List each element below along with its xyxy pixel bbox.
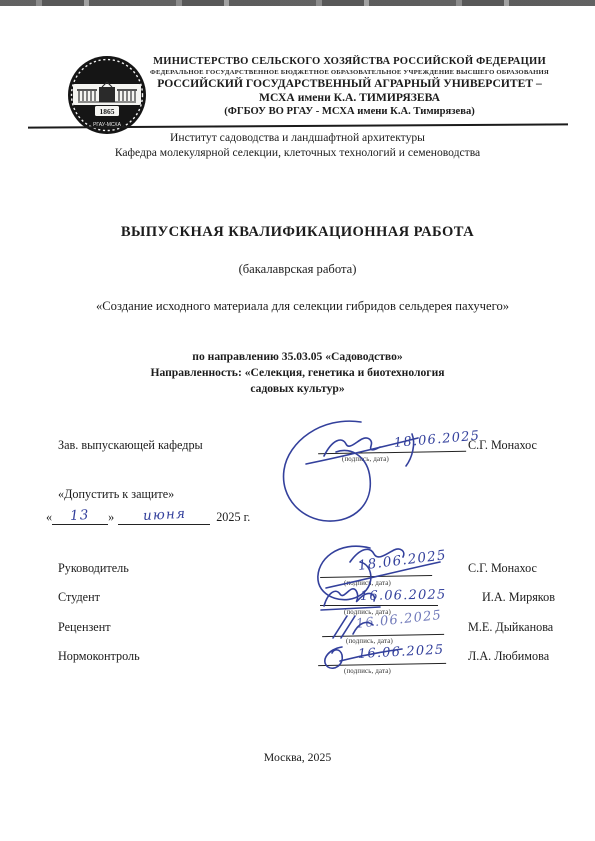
norm-control-signature-ink bbox=[316, 641, 406, 673]
student-name: И.А. Миряков bbox=[482, 590, 555, 605]
reviewer-label: Рецензент bbox=[58, 620, 111, 635]
supervisor-name: С.Г. Монахос bbox=[468, 561, 537, 576]
head-name: С.Г. Монахос bbox=[468, 438, 537, 453]
thesis-title: «Создание исходного материала для селекц… bbox=[70, 296, 535, 316]
program-line: по направлению 35.03.05 «Садоводство» bbox=[0, 349, 595, 365]
university-name-line1: РОССИЙСКИЙ ГОСУДАРСТВЕННЫЙ АГРАРНЫЙ УНИВ… bbox=[142, 77, 557, 91]
defense-date-line: « 13 » июня 2025 г. bbox=[46, 508, 250, 525]
university-abbr-line: (ФГБОУ ВО РГАУ - МСХА имени К.А. Тимиряз… bbox=[142, 105, 557, 119]
head-signature-ink bbox=[276, 412, 426, 528]
institute-line: Институт садоводства и ландшафтной архит… bbox=[0, 130, 595, 145]
ministry-line: МИНИСТЕРСТВО СЕЛЬСКОГО ХОЗЯЙСТВА РОССИЙС… bbox=[142, 55, 557, 68]
institution-type-line: ФЕДЕРАЛЬНОЕ ГОСУДАРСТВЕННОЕ БЮДЖЕТНОЕ ОБ… bbox=[142, 68, 557, 77]
city-year-line: Москва, 2025 bbox=[0, 750, 595, 765]
date-month-blank: июня bbox=[118, 508, 210, 525]
emblem-year-label: 1865 bbox=[100, 107, 115, 116]
reviewer-signature-ink bbox=[323, 612, 388, 642]
date-year-label: 2025 г. bbox=[216, 510, 250, 525]
student-label: Студент bbox=[58, 590, 100, 605]
norm-control-name: Л.А. Любимова bbox=[468, 649, 549, 664]
university-emblem-icon: 1865 РГАУ-МСХА bbox=[66, 54, 148, 136]
supervisor-label: Руководитель bbox=[58, 561, 129, 576]
date-close-quote: » bbox=[108, 510, 114, 525]
reviewer-name: М.Е. Дыйканова bbox=[468, 620, 553, 635]
document-page: 1865 РГАУ-МСХА МИНИСТЕРСТВО СЕЛЬСКОГО ХО… bbox=[0, 0, 595, 841]
header-block: МИНИСТЕРСТВО СЕЛЬСКОГО ХОЗЯЙСТВА РОССИЙС… bbox=[142, 55, 557, 119]
norm-control-label: Нормоконтроль bbox=[58, 649, 140, 664]
department-line: Кафедра молекулярной селекции, клеточных… bbox=[0, 145, 595, 160]
university-name-line2: МСХА имени К.А. ТИМИРЯЗЕВА bbox=[142, 91, 557, 105]
specialization-line2: садовых культур» bbox=[0, 381, 595, 397]
program-block: по направлению 35.03.05 «Садоводство» На… bbox=[0, 349, 595, 397]
head-of-department-label: Зав. выпускающей кафедры bbox=[58, 438, 203, 453]
date-day-handwriting: 13 bbox=[70, 507, 90, 524]
work-type-title: ВЫПУСКНАЯ КВАЛИФИКАЦИОННАЯ РАБОТА bbox=[0, 224, 595, 241]
work-subtype: (бакалаврская работа) bbox=[0, 262, 595, 277]
student-signature-ink bbox=[318, 582, 433, 614]
date-day-blank: 13 bbox=[52, 508, 108, 525]
admit-to-defense-label: «Допустить к защите» bbox=[58, 487, 174, 502]
specialization-line1: Направленность: «Селекция, генетика и би… bbox=[0, 365, 595, 381]
scan-artifact-band bbox=[0, 0, 595, 6]
date-month-handwriting: июня bbox=[142, 506, 186, 524]
institute-block: Институт садоводства и ландшафтной архит… bbox=[0, 130, 595, 160]
emblem-svg: 1865 РГАУ-МСХА bbox=[66, 54, 148, 136]
